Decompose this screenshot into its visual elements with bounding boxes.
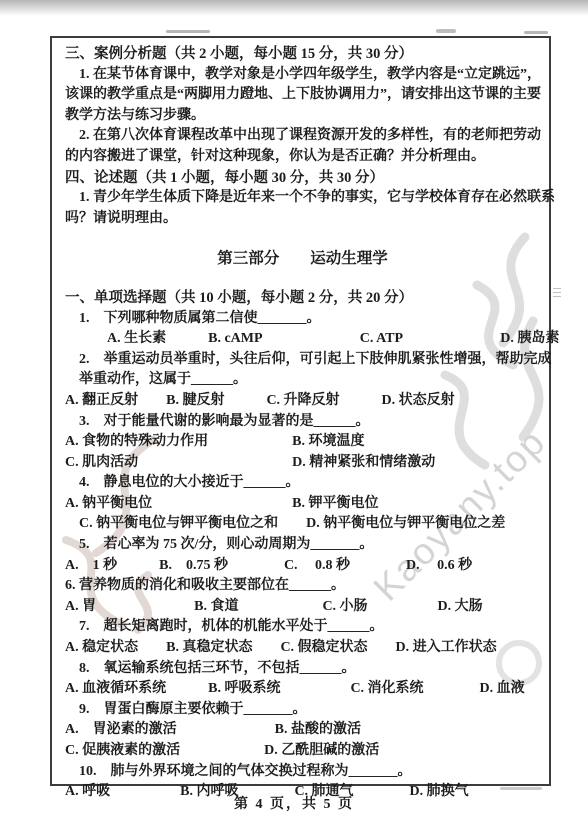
- scan-top-shade: [0, 0, 588, 16]
- page-footer: 第 4 页，共 5 页: [0, 793, 588, 813]
- section-heading: 四、论述题（共 1 小题，每小题 30 分，共 30 分）: [65, 168, 540, 189]
- doc-line: 举重动作，这属于______。: [65, 370, 540, 391]
- doc-line: 7. 超长矩离跑时，机体的机能水平处于______。: [65, 617, 540, 638]
- section-heading: 一、单项选择题（共 10 小题，每小题 2 分，共 20 分）: [65, 288, 540, 309]
- doc-line: A. 翻正反射 B. 腱反射 C. 升降反射 D. 状态反射: [65, 391, 540, 412]
- doc-line: 吗？请说明理由。: [65, 209, 540, 230]
- doc-line: 5. 若心率为 75 次/分，则心动周期为_______。: [65, 535, 540, 556]
- doc-line: C. 肌肉活动 D. 精神紧张和情绪激动: [65, 453, 540, 474]
- document-box: 三、案例分析题（共 2 小题，每小题 15 分，共 30 分） 1. 在某节体育…: [50, 36, 551, 786]
- doc-line: A. 稳定状态 B. 真稳定状态 C. 假稳定状态 D. 进入工作状态: [65, 638, 540, 659]
- blank-line: [65, 229, 540, 242]
- doc-line: 2. 在第八次体育课程改革中出现了课程资源开发的多样性，有的老师把劳动: [65, 126, 540, 147]
- scan-smudge: [166, 30, 210, 33]
- scan-smudge: [436, 29, 456, 33]
- doc-line: 8. 氧运输系统包括三环节，不包括______。: [65, 659, 540, 680]
- doc-line: A. 血液循环系统 B. 呼吸系统 C. 消化系统 D. 血液: [65, 679, 540, 700]
- doc-line: 3. 对于能量代谢的影响最为显著的是______。: [65, 412, 540, 433]
- doc-line: 的内容搬进了课堂，针对这种现象，你认为是否正确？并分析理由。: [65, 147, 540, 168]
- doc-line: A. 胃 B. 食道 C. 小肠 D. 大肠: [65, 597, 540, 618]
- doc-line: 10. 肺与外界环境之间的气体交换过程称为_______。: [65, 762, 540, 783]
- section-heading: 三、案例分析题（共 2 小题，每小题 15 分，共 30 分）: [65, 44, 540, 65]
- doc-line: 1. 青少年学生体质下降是近年来一个不争的事实，它与学校体育存在必然联系: [65, 188, 540, 209]
- doc-line: A. 生长素 B. cAMP C. ATP D. 胰岛素: [65, 329, 540, 350]
- doc-line: 4. 静息电位的大小接近于______。: [65, 473, 540, 494]
- doc-line: C. 促胰液素的激活 D. 乙酰胆碱的激活: [65, 741, 540, 762]
- doc-line: A. 食物的特殊动力作用 B. 环境温度: [65, 432, 540, 453]
- scan-smudge: [524, 31, 548, 34]
- doc-line: 9. 胃蛋白酶原主要依赖于_______。: [65, 700, 540, 721]
- doc-line: 教学方法与练习步骤。: [65, 106, 540, 127]
- blank-line: [65, 275, 540, 288]
- part-title: 第三部分 运动生理学: [65, 249, 540, 270]
- doc-line: 1. 在某节体育课中，教学对象是小学四年级学生，教学内容是“立定跳远”，: [65, 65, 540, 86]
- doc-line: 2. 举重运动员举重时，头往后仰，可引起上下肢伸肌紧张性增强，帮助完成: [65, 350, 540, 371]
- doc-line: A. 1 秒 B. 0.75 秒 C. 0.8 秒 D. 0.6 秒: [65, 556, 540, 577]
- doc-line: A. 钠平衡电位 B. 钾平衡电位: [65, 494, 540, 515]
- scan-edge-mark: [553, 288, 561, 298]
- doc-line: 该课的教学重点是“两脚用力蹬地、上下肢协调用力”，请安排出这节课的主要: [65, 85, 540, 106]
- doc-line: 1. 下列哪种物质属第二信使_______。: [65, 309, 540, 330]
- doc-line: C. 钠平衡电位与钾平衡电位之和 D. 钠平衡电位与钾平衡电位之差: [65, 514, 540, 535]
- doc-line: A. 胃泌素的激活 B. 盐酸的激活: [65, 720, 540, 741]
- doc-line: 6. 营养物质的消化和吸收主要部位在______。: [65, 576, 540, 597]
